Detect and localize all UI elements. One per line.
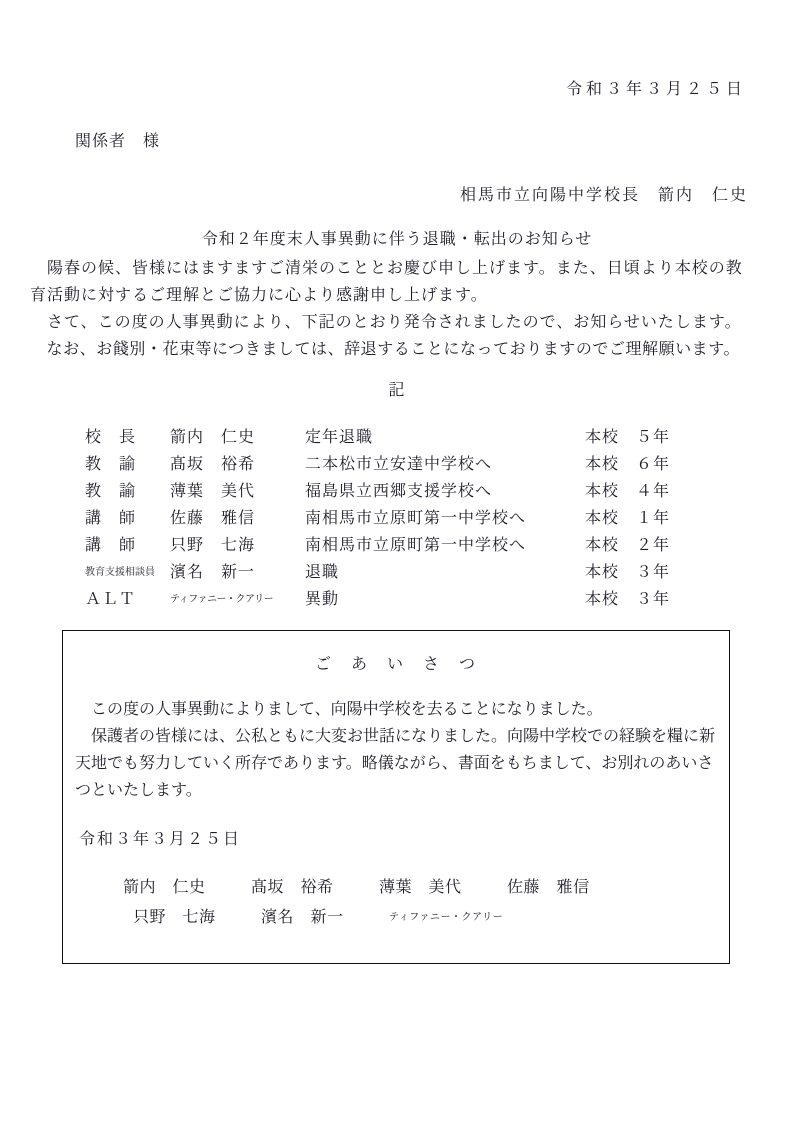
tenure-cell: 本校 ５年 (585, 424, 670, 451)
destination-cell: 福島県立西郷支援学校へ (305, 478, 585, 505)
signature-name: 只野 七海 (133, 903, 261, 933)
table-row: 講 師 佐藤 雅信 南相馬市立原町第一中学校へ 本校 １年 (85, 505, 765, 532)
paragraph-greeting: 陽春の候、皆様にはますますご清栄のこととお慶び申し上げます。また、日頃より本校の… (30, 255, 756, 309)
destination-cell: 南相馬市立原町第一中学校へ (305, 532, 585, 559)
farewell-box: ご あ い さ つ この度の人事異動によりまして、向陽中学校を去ることになりまし… (62, 630, 730, 964)
position-cell: 講 師 (85, 505, 170, 532)
tenure-cell: 本校 ４年 (585, 478, 670, 505)
name-cell: 箭内 仁史 (170, 424, 305, 451)
position-cell: ＡＬＴ (85, 586, 170, 613)
document-title: 令和２年度末人事異動に伴う退職・転出のお知らせ (0, 226, 794, 249)
tenure-cell: 本校 １年 (585, 505, 670, 532)
signature-name: ティファニー・クアリー (389, 903, 517, 933)
name-cell: 濱名 新一 (170, 559, 305, 586)
name-cell: 佐藤 雅信 (170, 505, 305, 532)
sender-line: 相馬市立向陽中学校長 箭内 仁史 (460, 182, 748, 205)
tenure-cell: 本校 ２年 (585, 532, 670, 559)
farewell-date: 令和３年３月２５日 (79, 826, 717, 849)
farewell-paragraph-2: 保護者の皆様には、公私ともに大変お世話になりました。向陽中学校での経験を糧に新天… (75, 723, 717, 804)
signature-name: 濱名 新一 (261, 903, 389, 933)
addressee-line: 関係者 様 (75, 128, 160, 151)
signature-name: 薄葉 美代 (379, 873, 507, 903)
position-cell: 教育支援相談員 (85, 559, 170, 586)
document-page: 令和３年３月２５日 関係者 様 相馬市立向陽中学校長 箭内 仁史 令和２年度末人… (0, 0, 794, 1123)
signature-name: 髙坂 裕希 (251, 873, 379, 903)
signature-row: 只野 七海 濱名 新一 ティファニー・クアリー (75, 903, 717, 933)
destination-cell: 南相馬市立原町第一中学校へ (305, 505, 585, 532)
destination-cell: 定年退職 (305, 424, 585, 451)
paragraph-announcement: さて、この度の人事異動により、下記のとおり発令されましたので、お知らせいたします… (30, 309, 756, 336)
document-date: 令和３年３月２５日 (566, 76, 746, 99)
name-cell: 薄葉 美代 (170, 478, 305, 505)
position-cell: 校 長 (85, 424, 170, 451)
tenure-cell: 本校 ６年 (585, 451, 670, 478)
destination-cell: 二本松市立安達中学校へ (305, 451, 585, 478)
farewell-title: ご あ い さ つ (75, 651, 717, 678)
table-row: 校 長 箭内 仁史 定年退職 本校 ５年 (85, 424, 765, 451)
farewell-paragraph-1: この度の人事異動によりまして、向陽中学校を去ることになりました。 (75, 696, 717, 723)
name-cell: 只野 七海 (170, 532, 305, 559)
position-cell: 教 諭 (85, 451, 170, 478)
tenure-cell: 本校 ３年 (585, 559, 670, 586)
table-row: 教 諭 薄葉 美代 福島県立西郷支援学校へ 本校 ４年 (85, 478, 765, 505)
signature-name: 佐藤 雅信 (507, 873, 635, 903)
signature-name-empty (517, 903, 645, 933)
position-cell: 講 師 (85, 532, 170, 559)
record-marker: 記 (0, 377, 794, 400)
destination-cell: 退職 (305, 559, 585, 586)
tenure-cell: 本校 ３年 (585, 586, 670, 613)
name-cell: 髙坂 裕希 (170, 451, 305, 478)
table-row: 教育支援相談員 濱名 新一 退職 本校 ３年 (85, 559, 765, 586)
signature-row: 箭内 仁史 髙坂 裕希 薄葉 美代 佐藤 雅信 (75, 873, 717, 903)
destination-cell: 異動 (305, 586, 585, 613)
farewell-paragraphs: この度の人事異動によりまして、向陽中学校を去ることになりました。 保護者の皆様に… (75, 696, 717, 804)
table-row: 教 諭 髙坂 裕希 二本松市立安達中学校へ 本校 ６年 (85, 451, 765, 478)
signature-name: 箭内 仁史 (123, 873, 251, 903)
paragraph-note: なお、お餞別・花束等につきましては、辞退することになっておりますのでご理解願いま… (30, 336, 756, 363)
personnel-table: 校 長 箭内 仁史 定年退職 本校 ５年 教 諭 髙坂 裕希 二本松市立安達中学… (85, 424, 765, 613)
table-row: ＡＬＴ ティファニー・クアリー 異動 本校 ３年 (85, 586, 765, 613)
table-row: 講 師 只野 七海 南相馬市立原町第一中学校へ 本校 ２年 (85, 532, 765, 559)
name-cell: ティファニー・クアリー (170, 586, 305, 613)
body-paragraphs: 陽春の候、皆様にはますますご清栄のこととお慶び申し上げます。また、日頃より本校の… (30, 255, 756, 363)
position-cell: 教 諭 (85, 478, 170, 505)
